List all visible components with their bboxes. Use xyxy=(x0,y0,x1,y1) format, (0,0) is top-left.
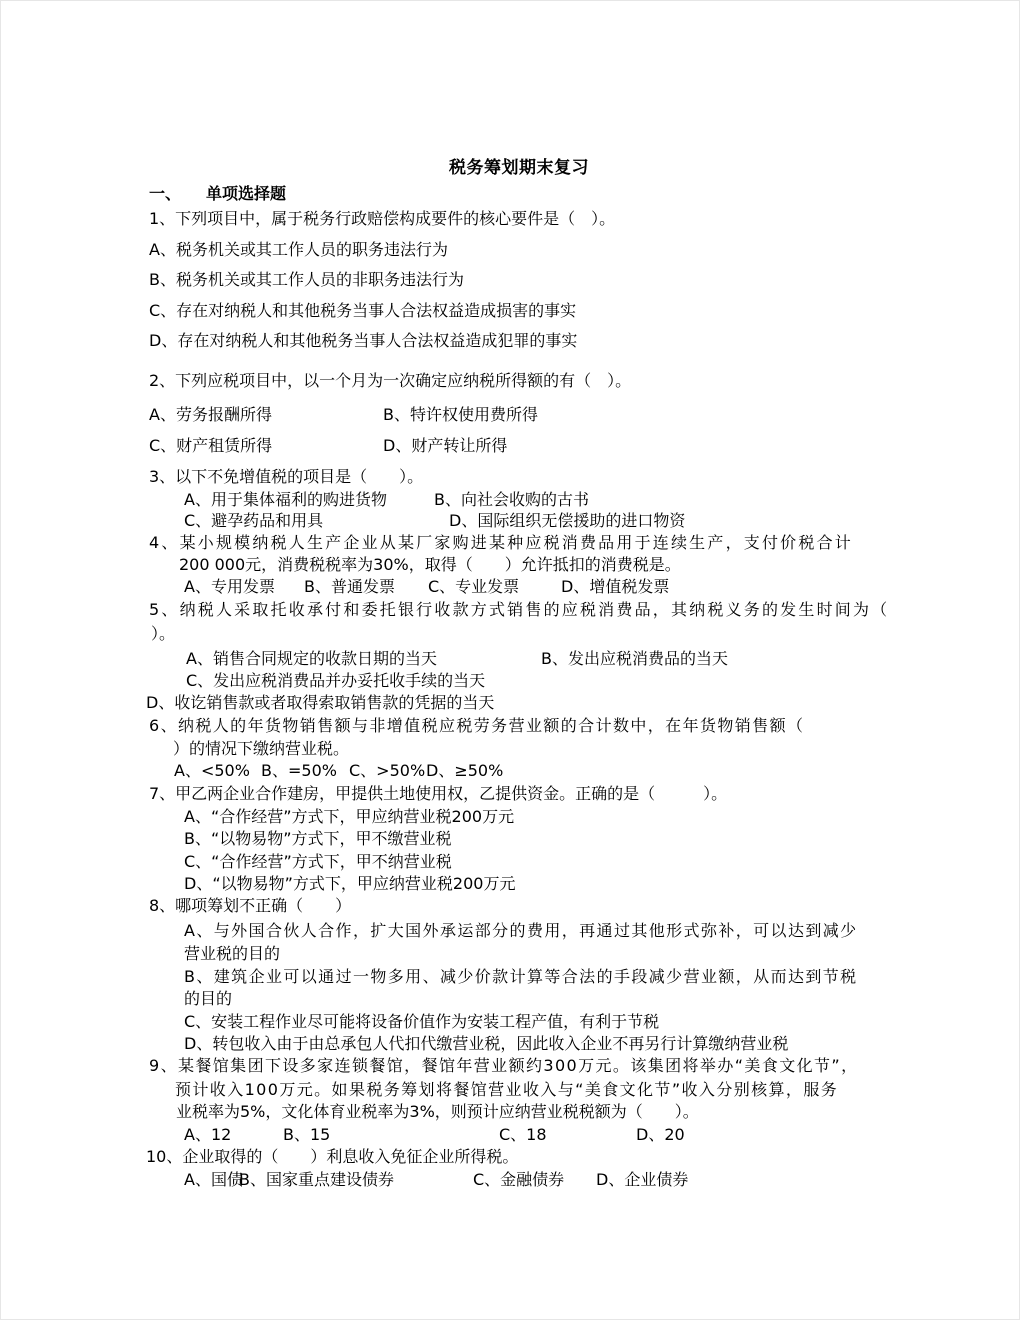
document-page: 税务筹划期末复习 一、 单项选择题 1、下列项目中，属于税务行政赔偿构成要件的核… xyxy=(0,0,1020,1320)
q5-stem-line2: ）。 xyxy=(151,624,175,644)
q8-option-b-line2: 的目的 xyxy=(184,989,232,1009)
q9-option-a: A、12 xyxy=(184,1125,231,1145)
q2-option-c: C、财产租赁所得 xyxy=(149,436,272,456)
q1-option-a: A、税务机关或其工作人员的职务违法行为 xyxy=(149,240,448,260)
q5-option-c: C、发出应税消费品并办妥托收手续的当天 xyxy=(186,671,485,691)
q7-option-d: D、“以物易物”方式下，甲应纳营业税200万元 xyxy=(184,874,515,894)
q6-option-a: A、<50% xyxy=(174,761,250,781)
q3-option-a: A、用于集体福利的购进货物 xyxy=(184,490,387,510)
q4-option-a: A、专用发票 xyxy=(184,577,275,597)
q1-option-c: C、存在对纳税人和其他税务当事人合法权益造成损害的事实 xyxy=(149,301,576,321)
q2-option-d: D、财产转让所得 xyxy=(383,436,507,456)
q5-option-a: A、销售合同规定的收款日期的当天 xyxy=(186,649,437,669)
q7-option-c: C、“合作经营”方式下，甲不纳营业税 xyxy=(184,852,452,872)
page-title: 税务筹划期末复习 xyxy=(449,158,589,178)
q4-option-d: D、增值税发票 xyxy=(561,577,669,597)
q10-option-a: A、国债 xyxy=(184,1170,243,1190)
q10-option-d: D、企业债券 xyxy=(596,1170,688,1190)
q6-stem-line1: 6、纳税人的年货物销售额与非增值税应税劳务营业额的合计数中，在年货物销售额（ xyxy=(149,716,804,736)
q3-option-d: D、国际组织无偿援助的进口物资 xyxy=(449,511,685,531)
q6-option-b: B、=50% xyxy=(261,761,337,781)
q3-option-b: B、向社会收购的古书 xyxy=(434,490,589,510)
q1-option-b: B、税务机关或其工作人员的非职务违法行为 xyxy=(149,270,464,290)
q3-option-c: C、避孕药品和用具 xyxy=(184,511,323,531)
q9-stem-line2: 预计收入100万元。如果税务筹划将餐馆营业收入与“美食文化节”收入分别核算，服务 xyxy=(175,1080,838,1100)
q8-option-d: D、转包收入由于由总承包人代扣代缴营业税，因此收入企业不再另行计算缴纳营业税 xyxy=(184,1034,788,1054)
q4-stem-line2: 200 000元，消费税税率为30%，取得（ ）允许抵扣的消费税是。 xyxy=(179,555,681,575)
section-number: 一、 xyxy=(149,184,181,204)
q2-option-a: A、劳务报酬所得 xyxy=(149,405,272,425)
q7-option-b: B、“以物易物”方式下，甲不缴营业税 xyxy=(184,829,452,849)
q6-option-d: D、≥50% xyxy=(426,761,503,781)
section-title: 单项选择题 xyxy=(206,184,286,204)
q7-stem: 7、甲乙两企业合作建房，甲提供土地使用权，乙提供资金。正确的是（ ）。 xyxy=(149,784,727,804)
q3-stem: 3、以下不免增值税的项目是（ ）。 xyxy=(149,467,423,487)
q9-option-b: B、15 xyxy=(283,1125,330,1145)
q8-option-b-line1: B、建筑企业可以通过一物多用、减少价款计算等合法的手段减少营业额，从而达到节税 xyxy=(184,967,858,987)
q1-stem: 1、下列项目中，属于税务行政赔偿构成要件的核心要件是（ ）。 xyxy=(149,209,615,229)
q8-option-a-line1: A、与外国合伙人合作，扩大国外承运部分的费用，再通过其他形式弥补，可以达到减少 xyxy=(184,921,858,941)
q6-option-c: C、>50% xyxy=(349,761,425,781)
q9-option-c: C、18 xyxy=(499,1125,547,1145)
q4-option-c: C、专业发票 xyxy=(428,577,519,597)
q2-stem: 2、下列应税项目中，以一个月为一次确定应纳税所得额的有（ ）。 xyxy=(149,371,631,391)
q7-option-a: A、“合作经营”方式下，甲应纳营业税200万元 xyxy=(184,807,514,827)
q9-option-d: D、20 xyxy=(636,1125,685,1145)
q4-stem-line1: 4、某小规模纳税人生产企业从某厂家购进某种应税消费品用于连续生产，支付价税合计 xyxy=(149,533,853,553)
q6-stem-line2: ）的情况下缴纳营业税。 xyxy=(173,739,349,759)
q10-stem: 10、企业取得的（ ）利息收入免征企业所得税。 xyxy=(146,1147,518,1167)
q4-option-b: B、普通发票 xyxy=(304,577,395,597)
q5-option-d: D、收讫销售款或者取得索取销售款的凭据的当天 xyxy=(146,693,494,713)
q5-stem-line1: 5、纳税人采取托收承付和委托银行收款方式销售的应税消费品，其纳税义务的发生时间为… xyxy=(149,600,889,620)
q9-stem-line3: 业税率为5%，文化体育业税率为3%，则预计应纳营业税税额为（ ）。 xyxy=(176,1102,699,1122)
q5-option-b: B、发出应税消费品的当天 xyxy=(541,649,728,669)
q1-option-d: D、存在对纳税人和其他税务当事人合法权益造成犯罪的事实 xyxy=(149,331,577,351)
q2-option-b: B、特许权使用费所得 xyxy=(383,405,538,425)
q10-option-c: C、金融债券 xyxy=(473,1170,564,1190)
q9-stem-line1: 9、某餐馆集团下设多家连锁餐馆，餐馆年营业额约300万元。该集团将举办“美食文化… xyxy=(149,1056,859,1076)
q8-option-c: C、安装工程作业尽可能将设备价值作为安装工程产值，有利于节税 xyxy=(184,1012,659,1032)
q10-option-b: B、国家重点建设债券 xyxy=(239,1170,394,1190)
q8-stem: 8、哪项筹划不正确（ ） xyxy=(149,896,351,916)
q8-option-a-line2: 营业税的目的 xyxy=(184,944,280,964)
